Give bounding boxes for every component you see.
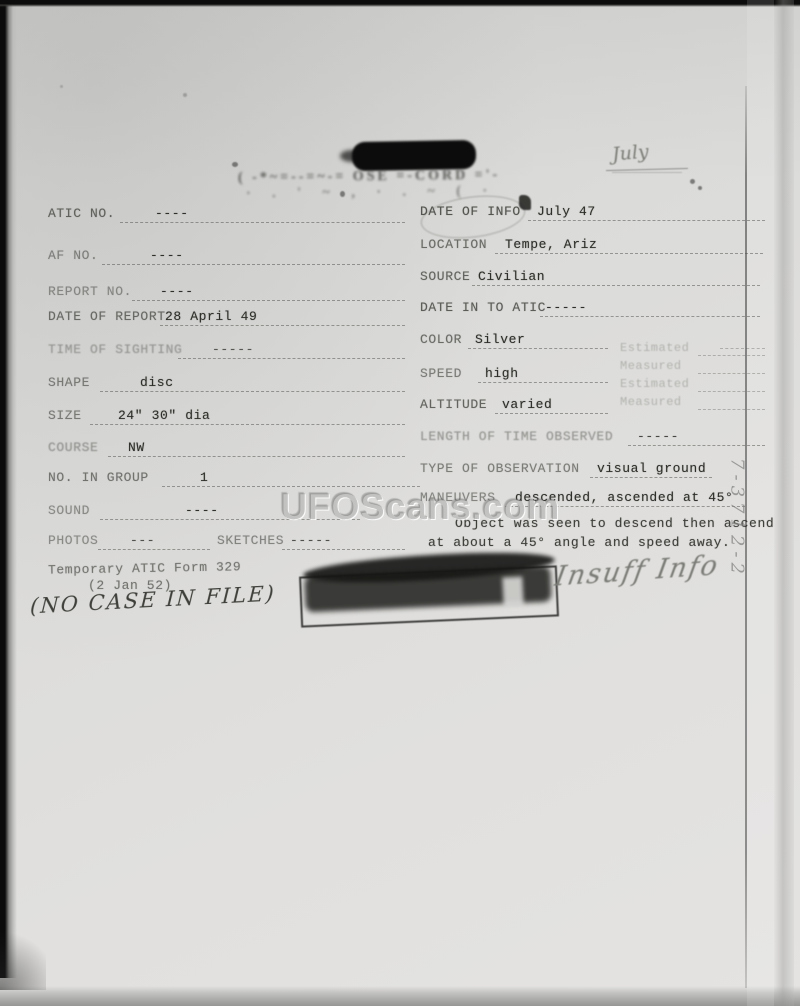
scan-corner-shadow — [0, 920, 46, 990]
field-label: LOCATION — [420, 237, 487, 252]
field-type-of-observation: TYPE OF OBSERVATION visual ground — [0, 461, 800, 481]
sublabel-altitude-measured: Measured — [620, 395, 682, 409]
ink-speck — [698, 186, 702, 190]
field-value: high — [485, 366, 519, 381]
sublabel-speed-estimated: Estimated — [620, 341, 689, 355]
field-date-in-to-atic: DATE IN TO ATIC ----- — [0, 300, 800, 320]
sublabel-line — [698, 391, 765, 392]
sublabel-line — [698, 373, 765, 374]
field-value: Silver — [475, 332, 525, 347]
field-label: SOURCE — [420, 269, 470, 284]
field-value: July 47 — [537, 204, 596, 219]
field-length-of-time-observed: LENGTH OF TIME OBSERVED ----- — [0, 429, 800, 449]
field-value: ----- — [545, 300, 587, 315]
stamp-ink-gap — [502, 576, 524, 607]
redaction-ink-blot — [352, 140, 476, 171]
field-date-of-info: DATE OF INFO July 47 — [0, 204, 800, 224]
field-label: DATE IN TO ATIC — [420, 300, 546, 315]
field-label: SPEED — [420, 366, 462, 381]
paper-speck — [60, 85, 63, 88]
field-label: TYPE OF OBSERVATION — [420, 461, 580, 476]
field-label: LENGTH OF TIME OBSERVED — [420, 429, 613, 444]
field-value: Tempe, Ariz — [505, 237, 597, 252]
scan-edge-top — [0, 0, 800, 7]
narrative-line-2: at about a 45° angle and speed away. — [428, 535, 730, 550]
field-value: Civilian — [478, 269, 545, 284]
handwritten-underline — [606, 168, 688, 171]
scan-edge-bottom — [0, 986, 800, 1006]
sublabel-speed-measured: Measured — [620, 359, 682, 373]
watermark: UFOScans.com — [255, 486, 585, 528]
paper-speck — [183, 93, 187, 97]
sublabel-line — [698, 409, 765, 410]
handwritten-underline — [612, 172, 682, 173]
ink-speck — [232, 162, 238, 167]
field-value: visual ground — [597, 461, 706, 476]
scanned-document-page: ( -*~=--=~-= OSE =-CORD ='- · . ' ~ , · … — [0, 0, 800, 1006]
sublabel-line — [698, 355, 765, 356]
ink-speck — [340, 191, 345, 197]
ink-speck — [690, 179, 695, 184]
field-label: COLOR — [420, 332, 462, 347]
handwritten-date: July — [611, 140, 649, 165]
field-value: varied — [502, 397, 552, 412]
field-source: SOURCE Civilian — [0, 269, 800, 289]
field-location: LOCATION Tempe, Ariz — [0, 237, 800, 257]
field-label: DATE OF INFO — [420, 204, 521, 219]
sublabel-altitude-estimated: Estimated — [620, 377, 689, 391]
case-number-vertical: 7-3712-2 — [727, 419, 748, 619]
field-value: ----- — [637, 429, 679, 444]
form-name: Temporary ATIC Form 329 — [48, 559, 241, 577]
field-label: ALTITUDE — [420, 397, 487, 412]
